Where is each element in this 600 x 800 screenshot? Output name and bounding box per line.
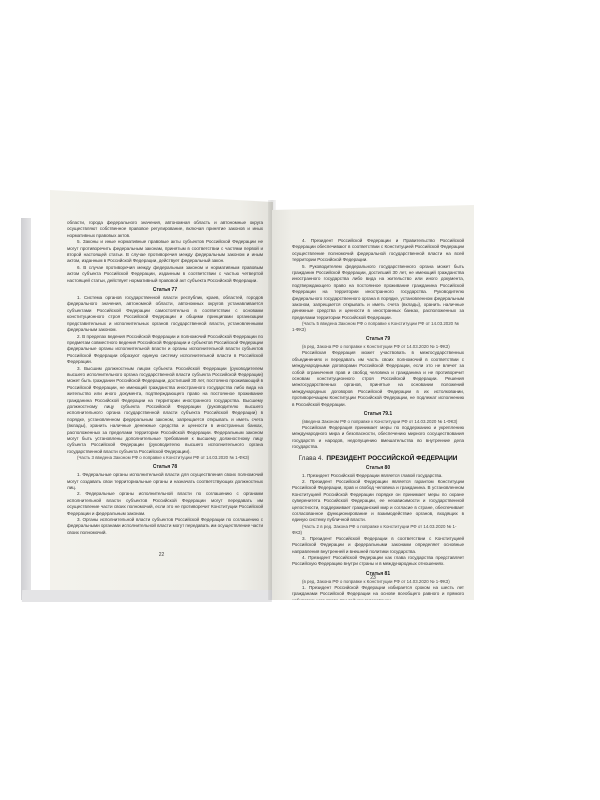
paragraph: 4. Президент Российской Федерации как гл… — [292, 555, 464, 568]
article-heading: Статья 78 — [67, 464, 263, 470]
paragraph: 3. Органы исполнительной власти субъекто… — [67, 517, 263, 536]
chapter-title: ПРЕЗИДЕНТ РОССИЙСКОЙ ФЕДЕРАЦИИ — [326, 455, 457, 462]
paragraph: 2. В пределах ведения Российской Федерац… — [67, 334, 263, 366]
paragraph: 1. Президент Российской Федерации избира… — [292, 585, 464, 600]
left-page: области, города федерального значения, а… — [50, 190, 273, 590]
left-page-content: области, города федерального значения, а… — [67, 220, 263, 536]
paragraph: 6. В случае противоречия между федеральн… — [67, 265, 263, 284]
right-page-content: 4. Президент Российской Федерации и Прав… — [292, 238, 464, 600]
right-page: 4. Президент Российской Федерации и Прав… — [272, 205, 474, 600]
chapter-heading: Глава 4.ПРЕЗИДЕНТ РОССИЙСКОЙ ФЕДЕРАЦИИ — [292, 455, 464, 462]
left-page-number: 22 — [50, 552, 273, 558]
paragraph: 1. Федеральные органы исполнительной вла… — [67, 472, 263, 491]
amendment-note: (Часть 2 в ред. Закона РФ о поправке к К… — [292, 524, 464, 536]
back-cover-bottom-edge — [22, 590, 272, 602]
amendment-note: (Часть 3 введена Законом РФ о поправке к… — [67, 455, 263, 461]
paragraph: 5. Законы и иные нормативные правовые ак… — [67, 239, 263, 265]
article-heading: Статья 79.1 — [292, 411, 464, 417]
amendment-note: (Часть 5 введена Законом РФ о поправке к… — [292, 321, 464, 333]
back-cover-edge — [21, 218, 31, 600]
paragraph: Российская Федерация принимает меры по п… — [292, 425, 464, 451]
right-page-number: 23 — [272, 575, 474, 581]
paragraph: Российская Федерация может участвовать в… — [292, 350, 464, 408]
paragraph: 3. Высшим должностным лицом субъекта Рос… — [67, 366, 263, 456]
paragraph: 2. Федеральные органы исполнительной вла… — [67, 491, 263, 517]
article-heading: Статья 80 — [292, 465, 464, 471]
paragraph: 5. Руководителем федерального государств… — [292, 264, 464, 322]
chapter-prefix: Глава 4. — [299, 455, 324, 462]
paragraph: 2. Президент Российской Федерации являет… — [292, 479, 464, 524]
paragraph: области, города федерального значения, а… — [67, 220, 263, 239]
article-heading: Статья 77 — [67, 287, 263, 293]
paragraph: 4. Президент Российской Федерации и Прав… — [292, 238, 464, 264]
open-booklet: области, города федерального значения, а… — [0, 0, 600, 800]
article-heading: Статья 79 — [292, 336, 464, 342]
paragraph: 3. Президент Российской Федерации в соот… — [292, 536, 464, 555]
paragraph: 1. Система органов государственной власт… — [67, 295, 263, 333]
